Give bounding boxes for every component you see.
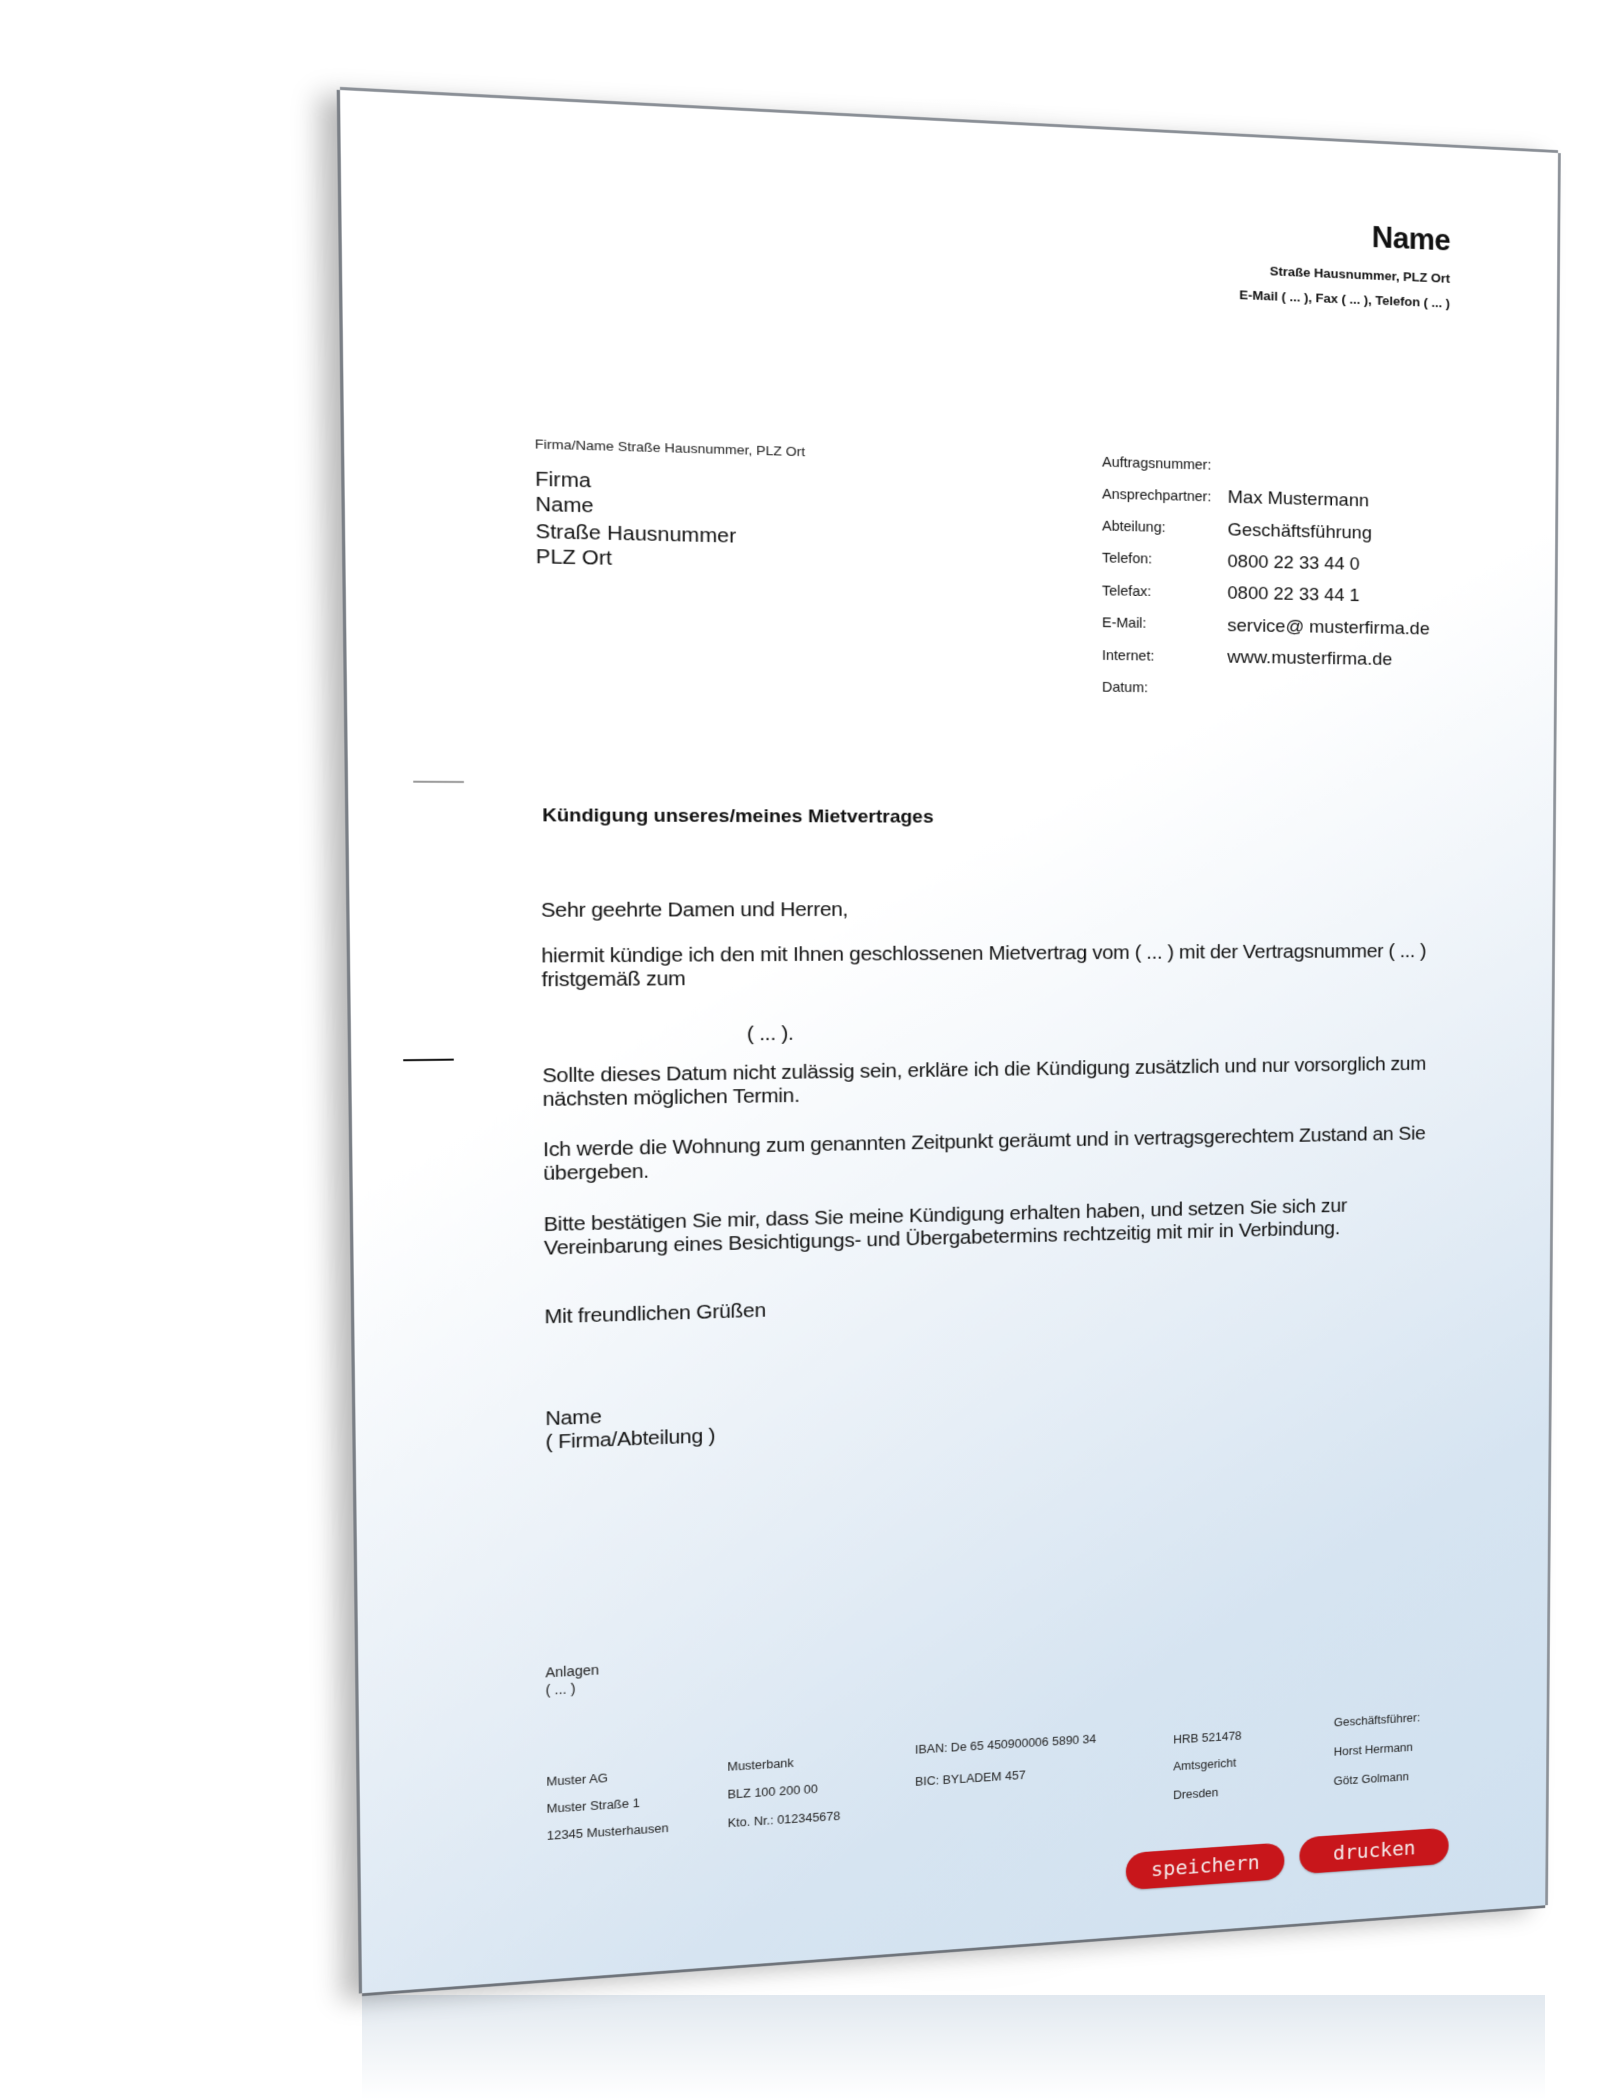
info-value-phone: 0800 22 33 44 0 — [1227, 552, 1359, 576]
footer-register-number: HRB 521478 — [1173, 1729, 1241, 1746]
closing-phrase: Mit freundlichen Grüßen — [544, 1299, 766, 1329]
footer-company-street: Muster Straße 1 — [547, 1796, 640, 1815]
footer-account-number: Kto. Nr.: 012345678 — [728, 1809, 841, 1830]
signature-name: Name — [545, 1406, 601, 1431]
footer-bank-code: BLZ 100 200 00 — [727, 1782, 817, 1801]
info-label-contact: Ansprechpartner: — [1102, 487, 1211, 505]
attachments-label: Anlagen — [545, 1662, 599, 1680]
info-value-email: service@ musterfirma.de — [1227, 616, 1429, 640]
attachments-value: ( ... ) — [545, 1681, 575, 1698]
footer-company-name: Muster AG — [546, 1771, 608, 1788]
fold-mark-top — [413, 781, 464, 783]
footer-bic: BIC: BYLADEM 457 — [915, 1769, 1026, 1789]
footer-bank-name: Musterbank — [727, 1756, 794, 1773]
paragraph-2-line-1: Sollte dieses Datum nicht zulässig sein,… — [542, 1053, 1426, 1088]
sender-contact-line: E-Mail ( ... ), Fax ( ... ), Telefon ( .… — [1239, 287, 1450, 310]
paragraph-3-line-2: übergeben. — [543, 1160, 649, 1186]
letter-page: Name Straße Hausnummer, PLZ Ort E-Mail (… — [340, 90, 1558, 1993]
fold-mark-middle — [403, 1059, 454, 1062]
recipient-company: Firma — [535, 467, 591, 494]
info-value-fax: 0800 22 33 44 1 — [1227, 583, 1359, 607]
footer-company-city: 12345 Musterhausen — [547, 1821, 669, 1842]
paragraph-2-line-2: nächsten möglichen Termin. — [542, 1084, 799, 1111]
info-value-department: Geschäftsführung — [1228, 520, 1372, 544]
letter-subject: Kündigung unseres/meines Mietvertrages — [542, 805, 933, 828]
footer-manager-2: Götz Golmann — [1334, 1770, 1409, 1788]
footer-iban: IBAN: De 65 450900006 5890 34 — [915, 1733, 1096, 1757]
info-value-website: www.musterfirma.de — [1227, 647, 1392, 670]
salutation: Sehr geehrte Damen und Herren, — [541, 898, 848, 922]
info-label-website: Internet: — [1102, 648, 1154, 664]
recipient-city: PLZ Ort — [536, 544, 612, 571]
paragraph-1-line-1: hiermit kündige ich den mit Ihnen geschl… — [541, 940, 1426, 968]
page-reflection — [362, 1995, 1545, 2100]
save-button[interactable]: speichern — [1126, 1842, 1285, 1890]
info-label-order-number: Auftragsnummer: — [1102, 455, 1211, 474]
paragraph-3-line-1: Ich werde die Wohnung zum genannten Zeit… — [543, 1123, 1426, 1162]
recipient-name: Name — [535, 492, 593, 519]
info-label-phone: Telefon: — [1102, 551, 1152, 568]
print-button[interactable]: drucken — [1299, 1827, 1448, 1874]
return-address-line: Firma/Name Straße Hausnummer, PLZ Ort — [535, 436, 805, 459]
footer-court-city: Dresden — [1173, 1786, 1218, 1802]
info-label-email: E-Mail: — [1102, 615, 1146, 631]
info-label-fax: Telefax: — [1102, 584, 1151, 600]
footer-court: Amtsgericht — [1173, 1756, 1236, 1773]
sender-name-heading: Name — [1372, 220, 1451, 258]
info-value-contact: Max Mustermann — [1228, 487, 1369, 512]
termination-date-placeholder: ( ... ). — [747, 1022, 794, 1046]
sender-address-line: Straße Hausnummer, PLZ Ort — [1270, 264, 1450, 286]
document-preview-stage: Name Straße Hausnummer, PLZ Ort E-Mail (… — [0, 0, 1600, 2100]
info-label-date: Datum: — [1102, 680, 1148, 696]
signature-department: ( Firma/Abteilung ) — [545, 1425, 715, 1455]
paragraph-1-line-2: fristgemäß zum — [541, 967, 685, 992]
footer-manager-1: Horst Hermann — [1334, 1741, 1413, 1759]
info-label-department: Abteilung: — [1102, 519, 1166, 536]
footer-management-label: Geschäftsführer: — [1334, 1711, 1420, 1729]
